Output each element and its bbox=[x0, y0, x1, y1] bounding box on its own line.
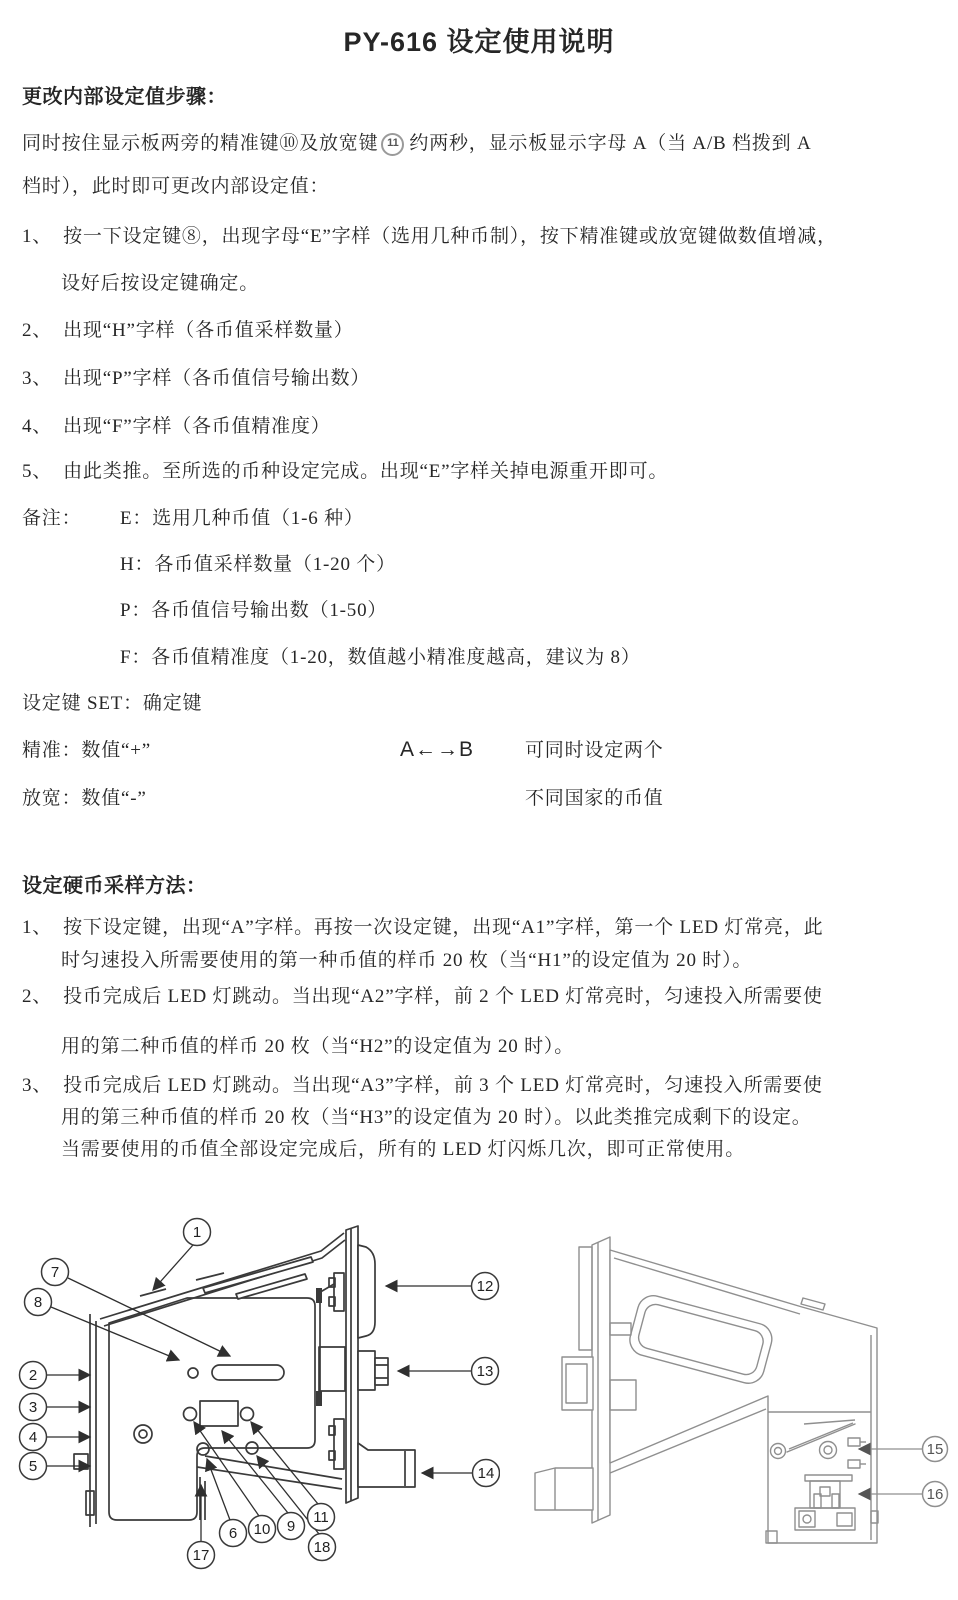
sample-3-line2: 用的第三种币值的样币 20 枚（当“H3”的设定值为 20 时）。以此类推完成剩… bbox=[61, 1105, 812, 1131]
device-line-art-right bbox=[535, 1237, 878, 1543]
callout-1: 1 bbox=[184, 1219, 211, 1246]
callout-4-label: 4 bbox=[29, 1429, 37, 1446]
sample-3-line3: 当需要使用的币值全部设定完成后，所有的 LED 灯闪烁几次，即可正常使用。 bbox=[61, 1137, 745, 1163]
step-4-number: 4、 bbox=[22, 414, 52, 440]
callout-7-label: 7 bbox=[51, 1264, 59, 1281]
precise-key-line: 精准：数值“+” bbox=[22, 738, 151, 764]
ab-toggle-label: A←→B bbox=[400, 736, 474, 764]
key-11-circle-badge: 11 bbox=[381, 133, 404, 156]
callout-16: 16 bbox=[923, 1482, 948, 1507]
callout-1-label: 1 bbox=[193, 1224, 201, 1241]
step-4-text: 出现“F”字样（各币值精准度） bbox=[63, 416, 330, 437]
page-title: PY-616 设定使用说明 bbox=[0, 20, 958, 59]
sample-3-line1: 3、投币完成后 LED 灯跳动。当出现“A3”字样，前 3 个 LED 灯常亮时… bbox=[22, 1073, 823, 1099]
note-p: P：各币值信号输出数（1-50） bbox=[120, 598, 387, 624]
callout-17-label: 17 bbox=[193, 1547, 210, 1564]
step-5-text: 由此类推。至所选的币种设定完成。出现“E”字样关掉电源重开即可。 bbox=[63, 461, 668, 482]
callout-8-label: 8 bbox=[34, 1294, 42, 1311]
callout-11: 11 bbox=[308, 1504, 335, 1531]
callout-11-label: 11 bbox=[313, 1509, 329, 1526]
callout-12: 12 bbox=[472, 1273, 499, 1300]
sample-1-line1: 1、按下设定键，出现“A”字样。再按一次设定键，出现“A1”字样，第一个 LED… bbox=[22, 915, 823, 941]
callout-7: 7 bbox=[42, 1259, 69, 1286]
step-1-line1: 1、按一下设定键⑧，出现字母“E”字样（选用几种币制），按下精准键或放宽键做数值… bbox=[22, 224, 837, 250]
callout-18: 18 bbox=[309, 1534, 336, 1561]
step-1-number: 1、 bbox=[22, 224, 52, 250]
note-h: H：各币值采样数量（1-20 个） bbox=[120, 552, 396, 578]
callout-8: 8 bbox=[25, 1289, 52, 1316]
callout-16-label: 16 bbox=[927, 1486, 944, 1503]
step-5: 5、由此类推。至所选的币种设定完成。出现“E”字样关掉电源重开即可。 bbox=[22, 459, 668, 485]
step-4: 4、出现“F”字样（各币值精准度） bbox=[22, 414, 331, 440]
step-3-number: 3、 bbox=[22, 366, 52, 392]
callout-4: 4 bbox=[20, 1424, 47, 1451]
sample-1-text: 按下设定键，出现“A”字样。再按一次设定键，出现“A1”字样，第一个 LED 灯… bbox=[63, 917, 823, 938]
section2-heading: 设定硬币采样方法： bbox=[22, 873, 207, 900]
callout-14-label: 14 bbox=[478, 1465, 495, 1482]
sample-1-number: 1、 bbox=[22, 915, 52, 941]
notes-label: 备注： bbox=[22, 506, 81, 532]
intro-text-part2: 约两秒，显示板显示字母 A（当 A/B 档拨到 A bbox=[409, 133, 811, 154]
note-e: E：选用几种币值（1-6 种） bbox=[120, 506, 364, 532]
step-1-line2: 设好后按设定键确定。 bbox=[61, 271, 259, 297]
sample-1-line2: 时匀速投入所需要使用的第一种币值的样币 20 枚（当“H1”的设定值为 20 时… bbox=[61, 948, 752, 974]
callout-3: 3 bbox=[20, 1394, 47, 1421]
sample-2-text: 投币完成后 LED 灯跳动。当出现“A2”字样，前 2 个 LED 灯常亮时，匀… bbox=[63, 986, 823, 1007]
callout-2-label: 2 bbox=[29, 1367, 37, 1384]
callout-17: 17 bbox=[188, 1542, 215, 1569]
callout-2: 2 bbox=[20, 1362, 47, 1389]
step-3-text: 出现“P”字样（各币值信号输出数） bbox=[63, 368, 370, 389]
note-f: F：各币值精准度（1-20，数值越小精准度越高，建议为 8） bbox=[120, 645, 641, 671]
step-3: 3、出现“P”字样（各币值信号输出数） bbox=[22, 366, 370, 392]
diagram-coin-acceptor-left-view: 1 7 8 2 3 4 5 12 13 14 6 10 9 11 18 17 bbox=[0, 1195, 500, 1600]
step-2-text: 出现“H”字样（各币值采样数量） bbox=[63, 320, 353, 341]
callout-5: 5 bbox=[20, 1453, 47, 1480]
section1-intro-line2: 档时），此时即可更改内部设定值： bbox=[22, 174, 329, 200]
document-page: PY-616 设定使用说明 更改内部设定值步骤： 同时按住显示板两旁的精准键⑩及… bbox=[0, 0, 958, 1600]
section1-heading: 更改内部设定值步骤： bbox=[22, 84, 227, 111]
callout-14: 14 bbox=[473, 1460, 500, 1487]
step-2: 2、出现“H”字样（各币值采样数量） bbox=[22, 318, 354, 344]
device-line-art-left bbox=[74, 1226, 415, 1527]
callout-15-label: 15 bbox=[927, 1441, 944, 1458]
callout-10: 10 bbox=[249, 1516, 276, 1543]
set-key-line: 设定键 SET：确定键 bbox=[22, 691, 202, 717]
callout-3-label: 3 bbox=[29, 1399, 37, 1416]
ab-note-2: 不同国家的币值 bbox=[525, 786, 664, 812]
relax-key-line: 放宽：数值“-” bbox=[22, 786, 147, 812]
callout-6-label: 6 bbox=[229, 1525, 237, 1542]
callout-9: 9 bbox=[278, 1513, 305, 1540]
callout-10-label: 10 bbox=[254, 1521, 271, 1538]
callout-15: 15 bbox=[923, 1437, 948, 1462]
sample-2-number: 2、 bbox=[22, 984, 52, 1010]
sample-2-line2: 用的第二种币值的样币 20 枚（当“H2”的设定值为 20 时）。 bbox=[61, 1034, 574, 1060]
step-5-number: 5、 bbox=[22, 459, 52, 485]
intro-text-part1: 同时按住显示板两旁的精准键⑩及放宽键 bbox=[22, 133, 378, 154]
callout-13: 13 bbox=[472, 1358, 499, 1385]
sample-2-line1: 2、投币完成后 LED 灯跳动。当出现“A2”字样，前 2 个 LED 灯常亮时… bbox=[22, 984, 823, 1010]
callout-13-label: 13 bbox=[477, 1363, 494, 1380]
section1-intro-line1: 同时按住显示板两旁的精准键⑩及放宽键11约两秒，显示板显示字母 A（当 A/B … bbox=[22, 131, 812, 157]
diagram-coin-acceptor-right-view: 15 16 bbox=[515, 1195, 958, 1600]
ab-note-1: 可同时设定两个 bbox=[525, 738, 664, 764]
step-2-number: 2、 bbox=[22, 318, 52, 344]
callout-5-label: 5 bbox=[29, 1458, 37, 1475]
sample-3-text: 投币完成后 LED 灯跳动。当出现“A3”字样，前 3 个 LED 灯常亮时，匀… bbox=[63, 1075, 823, 1096]
sample-3-number: 3、 bbox=[22, 1073, 52, 1099]
callout-12-label: 12 bbox=[477, 1278, 494, 1295]
callout-6: 6 bbox=[220, 1520, 247, 1547]
callout-9-label: 9 bbox=[287, 1518, 295, 1535]
callout-18-label: 18 bbox=[314, 1539, 331, 1556]
step-1-text: 按一下设定键⑧，出现字母“E”字样（选用几种币制），按下精准键或放宽键做数值增减… bbox=[63, 226, 837, 247]
